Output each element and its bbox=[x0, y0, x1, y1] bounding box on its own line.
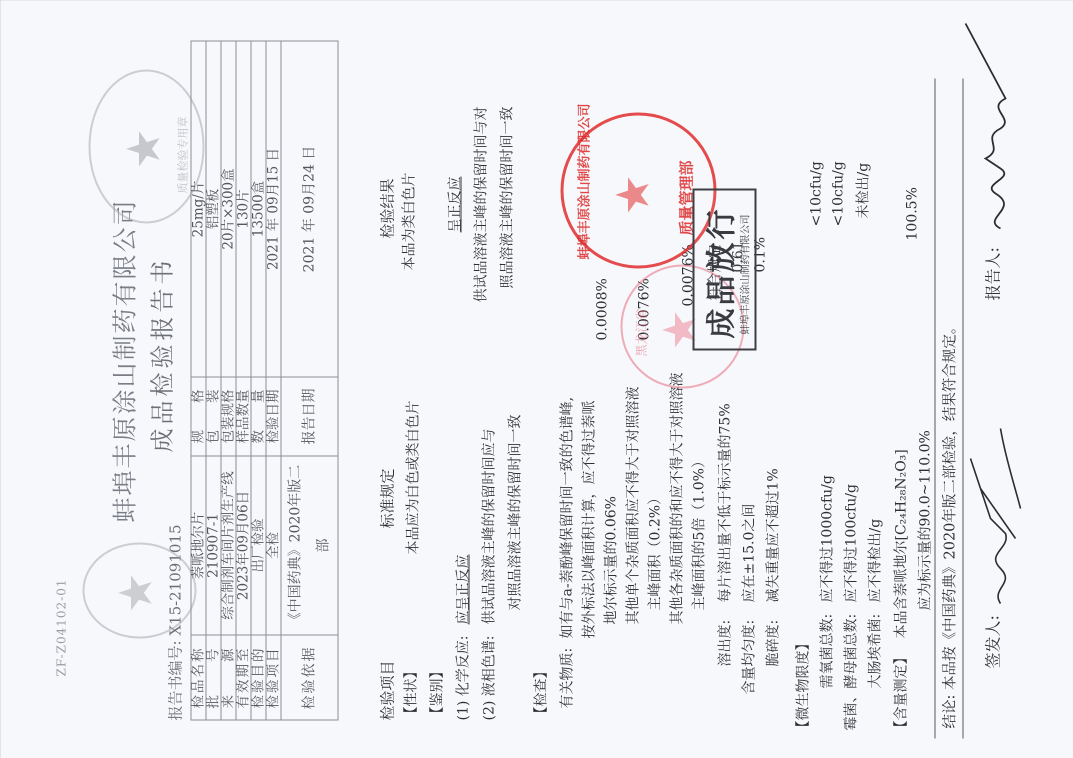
related-line-2: 按外标法以峰面积计算，应不得过萘哌 bbox=[578, 400, 598, 638]
appearance-standard: 本品应为白色或类白色片 bbox=[402, 400, 422, 554]
info-row-basis: 检验依据《中国药典》2020年版二部报告日期2021 年 09月24 日 bbox=[281, 41, 338, 720]
grey-stamp-right: ★ 质量检验专用章 bbox=[88, 69, 204, 223]
chem-reaction-label: (1) 化学反应: bbox=[452, 635, 472, 720]
info-cell-value2: 13500盒 bbox=[251, 41, 266, 377]
info-table: 检品名称萘哌地尔片规 格25mg/片批 号210907-1包 装铝塑板来 源综合… bbox=[190, 40, 338, 720]
section-inspection: 【检查】 bbox=[530, 664, 550, 720]
chem-reaction-standard: 应呈正反应 bbox=[452, 554, 472, 624]
info-cell-label: 有效期至 bbox=[236, 635, 251, 720]
info-cell-label: 来 源 bbox=[221, 635, 236, 720]
info-row: 检品名称萘哌地尔片规 格25mg/片 bbox=[191, 41, 206, 720]
hplc-standard-1: 供试品溶液主峰的保留时间应与 bbox=[478, 428, 498, 624]
friability-label: 脆碎度: bbox=[762, 619, 782, 666]
issuer-label: 签发人: bbox=[980, 615, 1003, 668]
chem-reaction-result: 呈正反应 bbox=[444, 176, 464, 232]
star-icon: ★ bbox=[112, 572, 158, 613]
section-microbial: 【微生物限度】 bbox=[792, 636, 812, 734]
info-row: 批 号210907-1包 装铝塑板 bbox=[206, 41, 221, 720]
hplc-label: (2) 液相色谱: bbox=[478, 635, 498, 720]
info-cell-value2: 2021 年 09月15 日 bbox=[266, 41, 281, 377]
info-row: 有效期至2023年09月06日样品数量130片 bbox=[236, 41, 251, 720]
conclusion-text: 结论: 本品按《中国药典》2020年版二部检验，结果符合规定。 bbox=[938, 319, 959, 728]
uniformity-label: 含量均匀度: bbox=[738, 619, 758, 694]
report-title: 成品检验报告书 bbox=[142, 256, 177, 452]
mold-yeast-standard: 应不得过100cfu/g bbox=[840, 484, 860, 602]
dissolution-label: 溶出度: bbox=[714, 619, 734, 666]
header-standard: 标准规定 bbox=[376, 468, 397, 528]
section-identification: 【鉴别】 bbox=[426, 664, 446, 720]
header-item: 检验项目 bbox=[376, 660, 397, 720]
related-substances-label: 有关物质: bbox=[556, 647, 576, 708]
related-line-7: 主峰面积的5倍（1.0%） bbox=[688, 454, 708, 610]
info-row: 来 源综合制剂车间片剂生产线包装规格20片×300盒 bbox=[221, 41, 236, 720]
grey-stamp-text: 质量检验专用章 bbox=[174, 116, 190, 193]
aerobic-result: <10cfu/g bbox=[808, 161, 824, 226]
basis-cell-value2: 2021 年 09月24 日 bbox=[281, 41, 338, 377]
info-row: 检验目的出厂检验数 量13500盒 bbox=[251, 41, 266, 720]
hplc-result-2: 照品溶液主峰的保留时间一致 bbox=[496, 106, 516, 288]
document-id: ZF-Z04102-01 bbox=[54, 578, 68, 676]
ecoli-result: 未检出/g bbox=[852, 162, 872, 218]
info-cell-label2: 样品数量 bbox=[236, 377, 251, 456]
mold-yeast-label: 霉菌、酵母菌总数: bbox=[840, 613, 860, 730]
info-cell-label2: 包装规格 bbox=[221, 377, 236, 456]
friability-standard: 减失重量应不超过1% bbox=[762, 468, 782, 602]
issuer-signature bbox=[960, 418, 1040, 608]
aerobic-standard: 应不得过1000cfu/g bbox=[816, 475, 836, 602]
uniformity-standard: 应在±15.0之间 bbox=[738, 503, 758, 602]
info-cell-label: 检验项目 bbox=[266, 635, 281, 720]
ecoli-standard: 应不得检出/g bbox=[864, 518, 884, 602]
basis-cell-value: 《中国药典》2020年版二部 bbox=[281, 456, 338, 635]
red-stamp-company: 蚌埠丰原涂山制药有限公司 bbox=[573, 103, 592, 259]
related-line-1: 如有与a-萘酚峰保留时间一致的色谱峰, bbox=[556, 396, 576, 638]
aerobic-label: 需氧菌总数: bbox=[816, 613, 836, 688]
assay-standard-2: 应为标示量的90.0~110.0% bbox=[914, 430, 934, 610]
section-appearance: 【性状】 bbox=[400, 664, 420, 720]
assay-standard-1: 本品含萘哌地尔[C₂₄H₂₈N₂O₃] bbox=[890, 449, 910, 638]
info-row: 检验项目全检检验日期2021 年 09月15 日 bbox=[266, 41, 281, 720]
conclusion-top-line bbox=[934, 78, 935, 738]
release-stamp: 成品放行 蚌埠丰原涂山制药有限公司 bbox=[692, 188, 756, 350]
info-cell-label2: 数 量 bbox=[251, 377, 266, 456]
hplc-standard-2: 对照品溶液主峰的保留时间一致 bbox=[504, 414, 524, 610]
star-icon: ★ bbox=[120, 128, 166, 169]
hplc-result-1: 供试品溶液主峰的保留时间与对 bbox=[470, 106, 490, 302]
star-icon: ★ bbox=[609, 174, 655, 215]
related-line-5: 主峰面积（0.2%） bbox=[644, 490, 664, 610]
info-cell-label: 检品名称 bbox=[191, 635, 206, 720]
info-cell-label2: 检验日期 bbox=[266, 377, 281, 456]
info-cell-label2: 包 装 bbox=[206, 377, 221, 456]
assay-result: 100.5% bbox=[904, 187, 920, 240]
report-number-label: 报告书编号: bbox=[166, 640, 184, 720]
dissolution-standard: 每片溶出量不低于标示量的75% bbox=[714, 403, 734, 602]
reporter-label: 报告人: bbox=[980, 247, 1003, 300]
related-line-6: 其他各杂质面积的和应不得大于对照溶液 bbox=[666, 372, 686, 624]
info-cell-label: 批 号 bbox=[206, 635, 221, 720]
info-cell-value: 全检 bbox=[266, 456, 281, 635]
company-title: 蚌埠丰原涂山制药有限公司 bbox=[105, 198, 141, 522]
release-stamp-company: 蚌埠丰原涂山制药有限公司 bbox=[736, 214, 751, 334]
inspection-report-page: ZF-Z04102-01 蚌埠丰原涂山制药有限公司 成品检验报告书 报告书编号:… bbox=[0, 0, 1073, 758]
info-cell-label: 检验目的 bbox=[251, 635, 266, 720]
pink-stamp-text: 黑龙江省 bbox=[632, 308, 649, 356]
grey-stamp-left: ★ bbox=[82, 542, 196, 638]
reporter-signature bbox=[960, 18, 1050, 238]
info-cell-value: 萘哌地尔片 bbox=[191, 456, 206, 635]
info-cell-value2: 25mg/片 bbox=[191, 41, 206, 377]
related-result-1: 0.0008% bbox=[594, 278, 610, 340]
info-cell-value: 出厂检验 bbox=[251, 456, 266, 635]
info-cell-value2: 20片×300盒 bbox=[221, 41, 236, 377]
info-cell-value: 2023年09月06日 bbox=[236, 456, 251, 635]
related-line-3: 地尔标示量的0.06% bbox=[600, 496, 620, 624]
release-stamp-title: 成品放行 bbox=[696, 206, 740, 338]
mold-yeast-result: <10cfu/g bbox=[830, 161, 846, 226]
info-cell-value2: 130片 bbox=[236, 41, 251, 377]
info-cell-value2: 铝塑板 bbox=[206, 41, 221, 377]
header-result: 检验结果 bbox=[376, 178, 397, 238]
appearance-result: 本品为类白色片 bbox=[398, 172, 418, 270]
related-line-4: 其他单个杂质面积应不得大于对照溶液 bbox=[622, 386, 642, 624]
basis-cell-label: 检验依据 bbox=[281, 635, 338, 720]
section-assay: 【含量测定】 bbox=[890, 650, 910, 734]
info-cell-value: 210907-1 bbox=[206, 456, 221, 635]
ecoli-label: 大肠埃希菌: bbox=[864, 613, 884, 688]
info-cell-label2: 规 格 bbox=[191, 377, 206, 456]
basis-cell-label2: 报告日期 bbox=[281, 377, 338, 456]
info-cell-value: 综合制剂车间片剂生产线 bbox=[221, 456, 236, 635]
